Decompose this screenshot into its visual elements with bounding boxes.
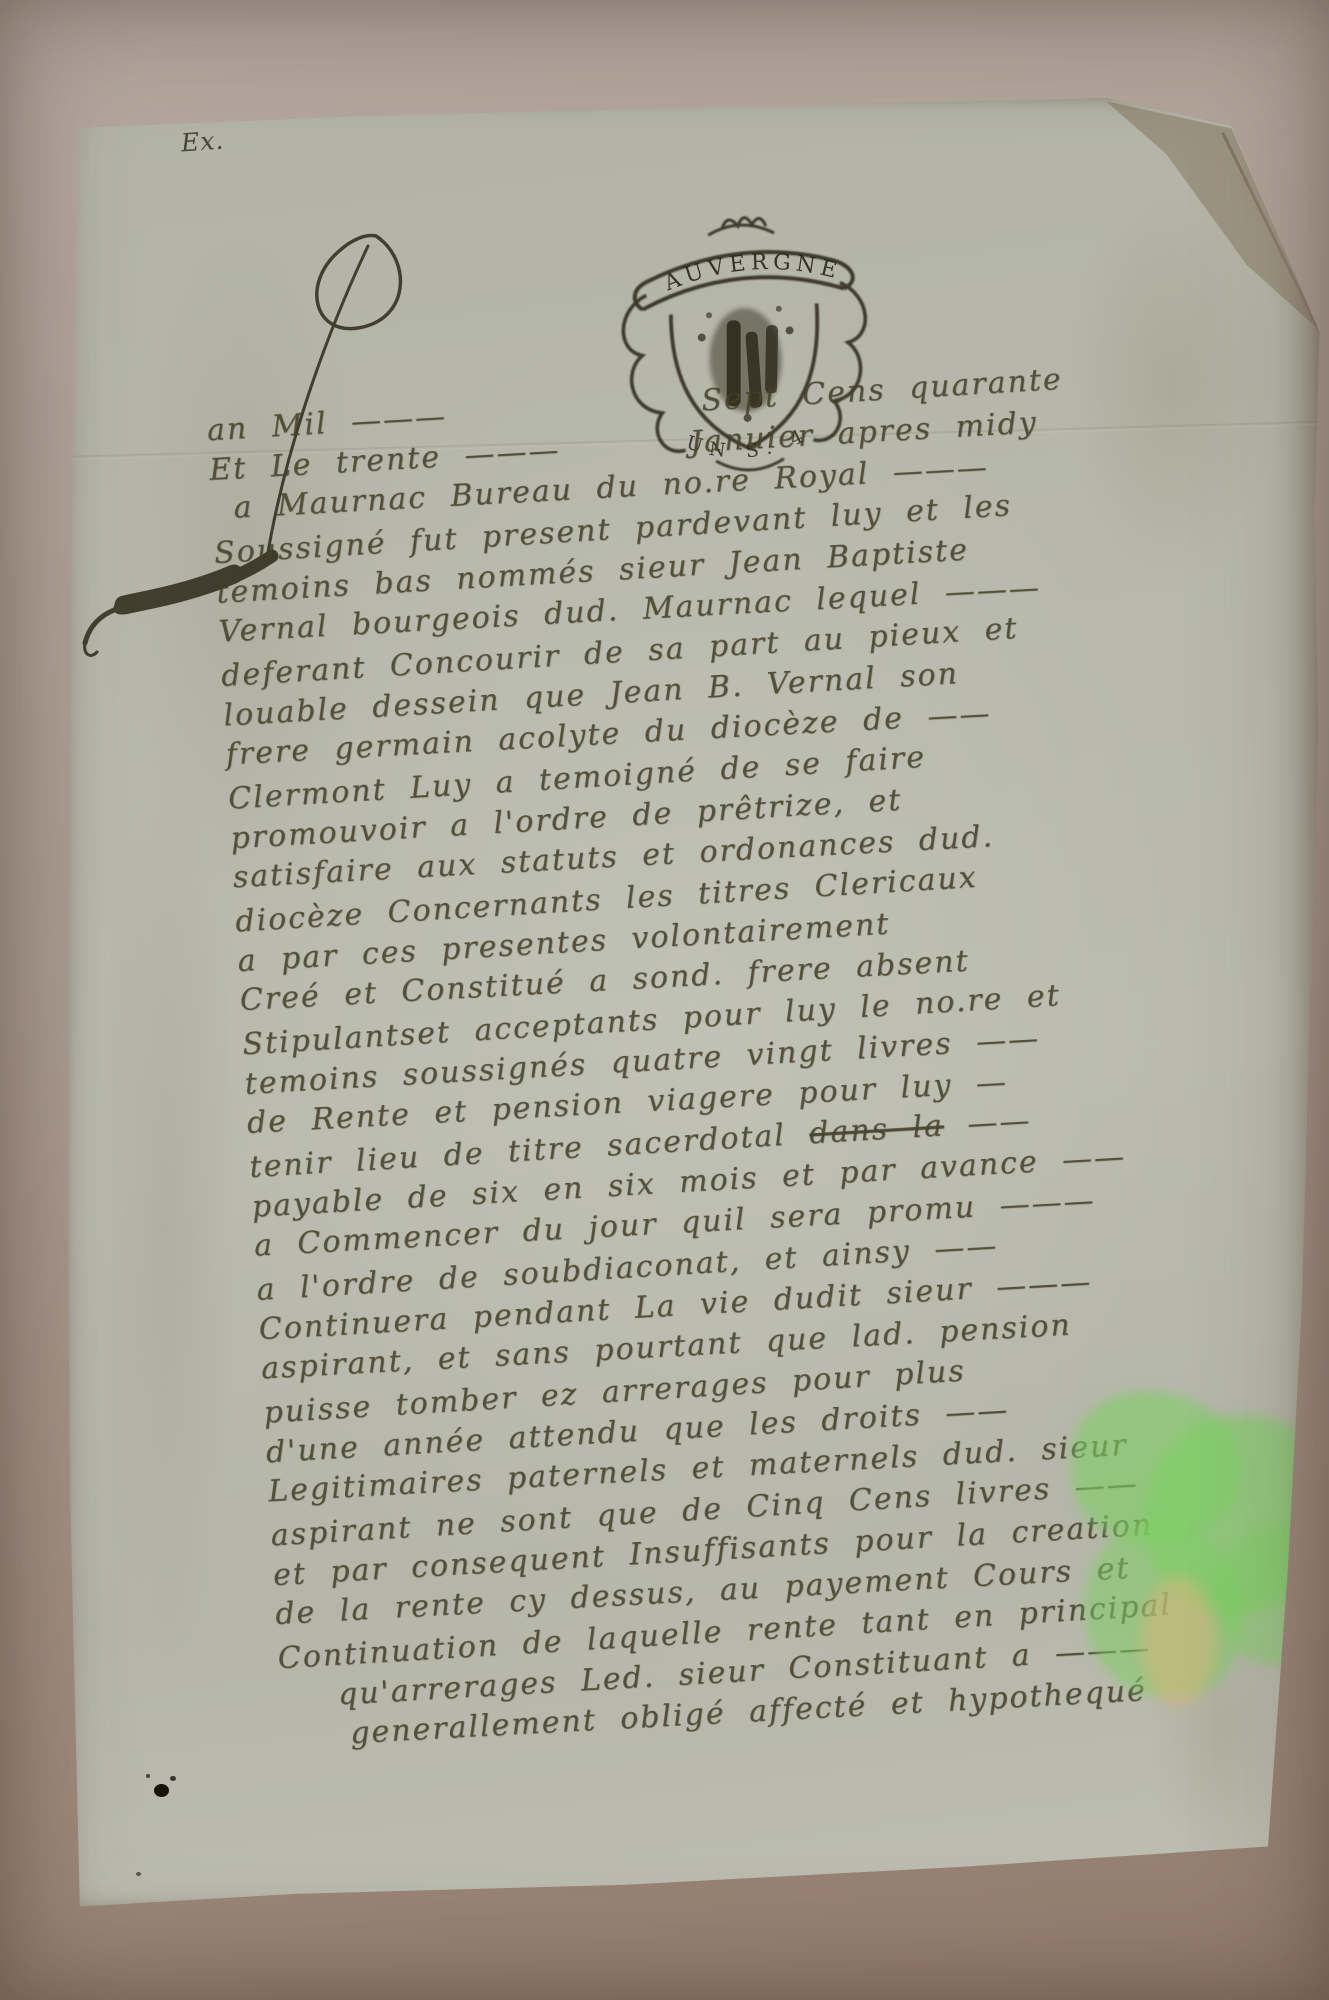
corner-crease-line xyxy=(1221,132,1324,338)
ink-blot xyxy=(170,1776,176,1781)
ink-blot xyxy=(136,1872,141,1876)
manuscript-page: Ex. xyxy=(66,94,1322,1912)
photo-background: Ex. xyxy=(0,0,1329,2000)
ink-blot xyxy=(154,1784,169,1797)
manuscript-text-block: an Mil ———Sept Cens quaranteEt Le trente… xyxy=(206,349,1329,1763)
corner-annotation: Ex. xyxy=(180,126,225,158)
ink-blot xyxy=(146,1774,150,1778)
stamp-banner-text: AUVERGNE xyxy=(659,247,845,297)
svg-text:AUVERGNE: AUVERGNE xyxy=(659,247,845,297)
